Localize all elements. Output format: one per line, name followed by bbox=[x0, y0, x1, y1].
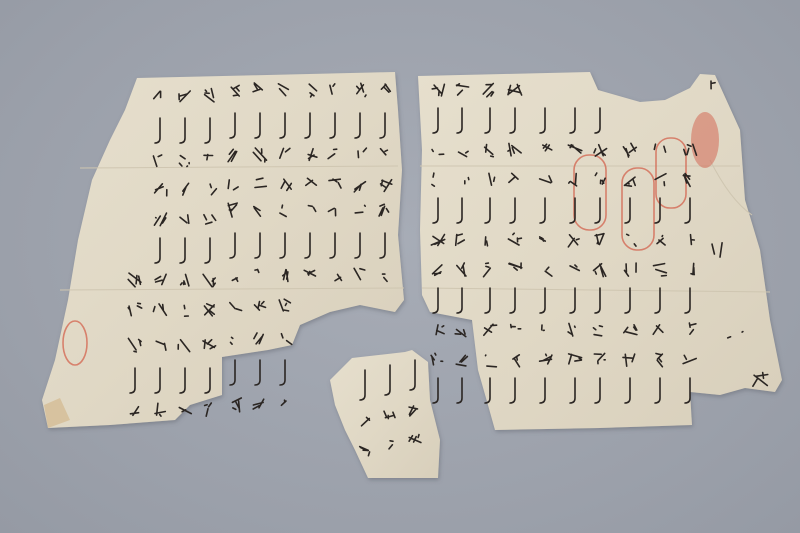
manuscript-photo bbox=[0, 0, 800, 533]
